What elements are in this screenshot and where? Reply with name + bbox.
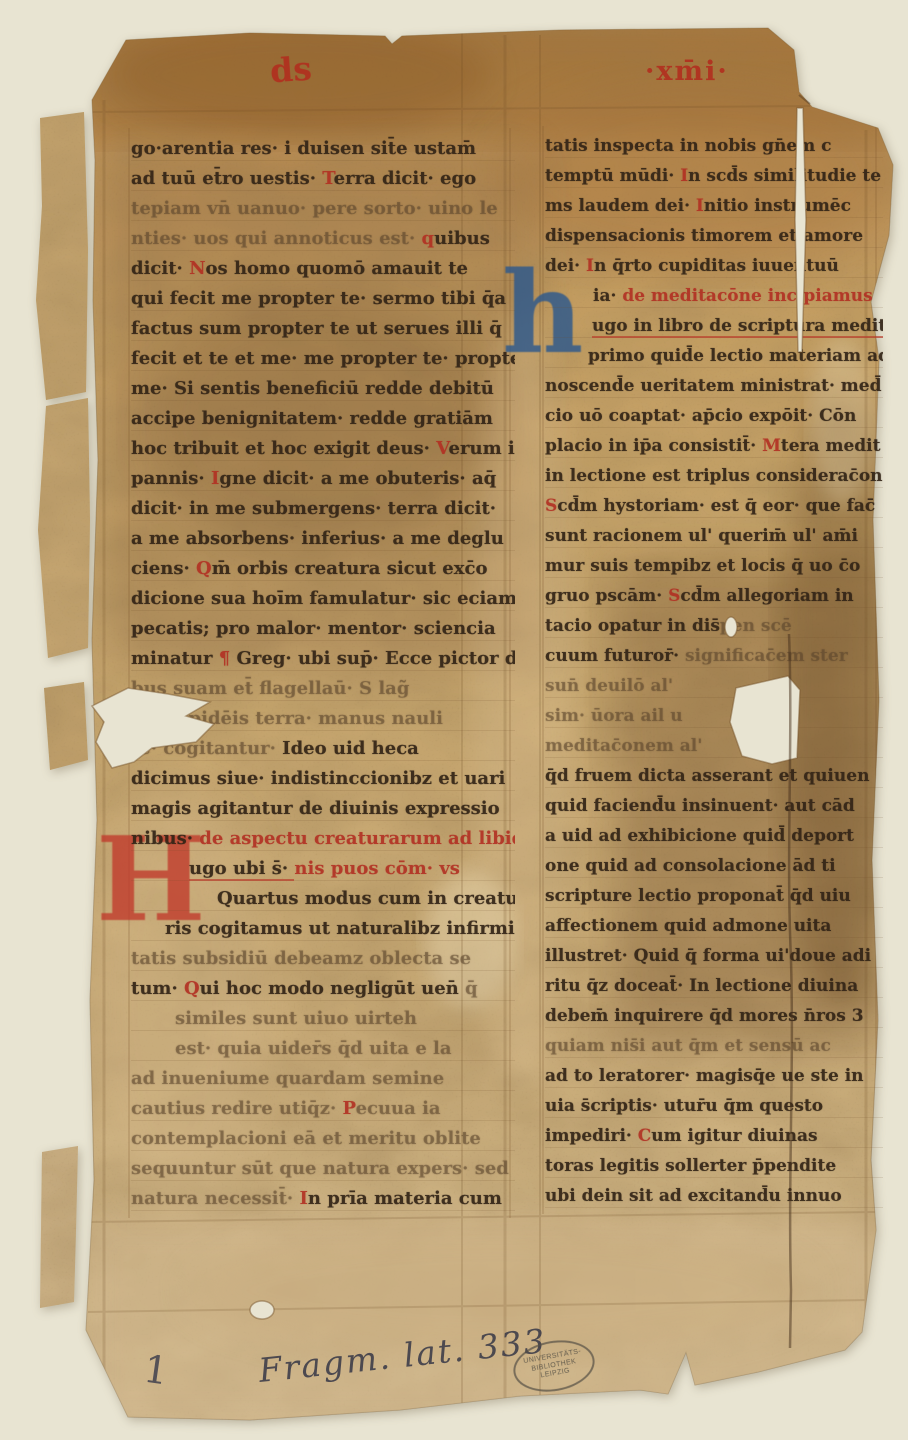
manuscript-line: ubi dein sit ad excitand̄u innuo [545, 1181, 883, 1211]
manuscript-line: dei· In q̄rto cupiditas iuuentuū [545, 251, 883, 281]
manuscript-line: sim· ūora ail u [545, 701, 883, 731]
manuscript-line: nibus· de aspectu creaturarum ad libidi [131, 824, 515, 854]
manuscript-line: dicit· Nos homo quomō amauit te [131, 254, 515, 284]
manuscript-line: tatis subsidiū debeamz oblecta se [131, 944, 515, 974]
manuscript-line: me· Si sentis beneficiū redde debitū [131, 374, 515, 404]
manuscript-line: illustret· Quid q̄ forma ui'doue adi [545, 941, 883, 971]
manuscript-line: uia s̄criptis· utur̄u q̄m questo [545, 1091, 883, 1121]
manuscript-line: tacio opatur in dis̄pen scē [545, 611, 883, 641]
manuscript-line: ad to leratorer· magisq̄e ue ste in [545, 1061, 883, 1091]
manuscript-line: qui fecit me propter te· sermo tibi q̄a [131, 284, 515, 314]
manuscript-line: minatur ¶ Greg· ubi sup̄· Ecce pictor de [131, 644, 515, 674]
manuscript-line: q̄d fruem dicta asserant et quiuen [545, 761, 883, 791]
manuscript-line: pannis· Igne dicit· a me obuteris· aq̄ [131, 464, 515, 494]
manuscript-line: meditac̄onem al' [545, 731, 883, 761]
manuscript-line: temptū mūdi· In scd̄s similitudie te [545, 161, 883, 191]
manuscript-line: bus suam et̄ flagellaū· S lag̃ [131, 674, 515, 704]
folio-number: ·xm̄i· [645, 56, 729, 87]
manuscript-line: dicione sua hoīm famulatur· sic eciam [131, 584, 515, 614]
manuscript-line: ciens· Qm̄ orbis creatura sicut exc̄o [131, 554, 515, 584]
text-column-right: tatis inspecta in nobis gn̄em ctemptū mū… [545, 131, 883, 1213]
manuscript-line: Scd̄m hystoriam· est q̄ eor· que fac̄ [545, 491, 883, 521]
manuscript-line: a uid ad exhibicione quid̄ deport [545, 821, 883, 851]
manuscript-line: ia· de meditacōne incipiamus [545, 281, 883, 311]
manuscript-line: go·arentia res· i duisen sit̄e ustam̄ [131, 134, 515, 164]
text-column-left: go·arentia res· i duisen sit̄e ustam̄ad … [131, 134, 515, 1216]
manuscript-line: quid faciend̄u insinuent· aut cād [545, 791, 883, 821]
manuscript-line: cio uō coaptat· ap̄cio expōit· Cōn [545, 401, 883, 431]
manuscript-line: te· cogitantur· Ideo uid heca [131, 734, 515, 764]
manuscript-line: sequuntur sūt que natura expers· sed [131, 1154, 515, 1184]
manuscript-line: accipe benignitatem· redde gratiām [131, 404, 515, 434]
manuscript-line: tatis inspecta in nobis gn̄em c [545, 131, 883, 161]
manuscript-line: hoc tribuit et hoc exigit deus· Verum in [131, 434, 515, 464]
manuscript-line: similes sunt uiuo uirteh [131, 1004, 515, 1034]
quire-mark: ds [269, 49, 313, 91]
manuscript-line: tum· Qui hoc modo negligūt uen̄ q̄ [131, 974, 515, 1004]
manuscript-line: ritu q̄z doceat̄· In lectione diuina [545, 971, 883, 1001]
manuscript-line: Quartus modus cum in creatu [131, 884, 515, 914]
manuscript-line: ad inueniume quardam semine [131, 1064, 515, 1094]
manuscript-line: nties· uos qui annoticus est· quibus [131, 224, 515, 254]
manuscript-line: est· quia uider̄s q̄d uita e la [131, 1034, 515, 1064]
manuscript-line: ad tuū et̄ro uestis· Terra dicit· ego [131, 164, 515, 194]
manuscript-line: factus sum propter te ut serues illi q̄ [131, 314, 515, 344]
manuscript-line: mur suis tempibz et locis q̄ uo c̄o [545, 551, 883, 581]
manuscript-line: ugo in libro de scriptura meditac̄o [545, 311, 883, 341]
manuscript-line: quiam nis̄i aut q̄m et sensū ac [545, 1031, 883, 1061]
manuscript-line: dicit· in me submergens· terra dicit· [131, 494, 515, 524]
manuscript-line: scripture lectio proponat̄ q̄d uiu [545, 881, 883, 911]
manuscript-line: placio in ip̄a consistit̄· Mtera medit [545, 431, 883, 461]
manuscript-line: contemplacioni eā et meritu oblite [131, 1124, 515, 1154]
manuscript-line: toras legitis sollerter p̄pendite [545, 1151, 883, 1181]
manuscript-line: sun̄ deuilō al' [545, 671, 883, 701]
manuscript-line: fecit et te et me· me propter te· propte… [131, 344, 515, 374]
manuscript-line: one quid ad consolacione ād ti [545, 851, 883, 881]
manuscript-line: magis agitantur de diuinis expressio [131, 794, 515, 824]
manuscript-line: primo quid̄e lectio materiam ad [545, 341, 883, 371]
manuscript-line: sunt racionem ul' querim̄ ul' am̄i [545, 521, 883, 551]
manuscript-line: ugo ubi s̄· nis puos cōm· vs [131, 854, 515, 884]
manuscript-line: debem̄ inquirere q̄d mores n̄ros 3 [545, 1001, 883, 1031]
manuscript-line: a me absorbens· inferius· a me deglu [131, 524, 515, 554]
manuscript-line: impediri· Cum igitur diuinas [545, 1121, 883, 1151]
manuscript-line: natura necessit̄· In prīa materia cum [131, 1184, 515, 1214]
manuscript-photo: ds ·xm̄i· H h go·arentia res· i duisen s… [0, 0, 908, 1440]
manuscript-line: ms laudem dei· Initio instrumēc [545, 191, 883, 221]
manuscript-line: pecatis; pro malor· mentor· sciencia [131, 614, 515, 644]
manuscript-line: cās lapidēis terra· manus nauli [131, 704, 515, 734]
manuscript-line: cautius redire utiq̄z· Pecuua ia [131, 1094, 515, 1124]
manuscript-line: gruo pscām· Scd̄m allegoriam in [545, 581, 883, 611]
manuscript-line: ris cogitamus ut naturalibz infirmi [131, 914, 515, 944]
manuscript-line: tepiam vn̄ uanuo· pere sorto· uino le [131, 194, 515, 224]
manuscript-line: in lectione est triplus considerac̄on [545, 461, 883, 491]
manuscript-line: noscend̄e ueritatem ministrat· med̄ [545, 371, 883, 401]
manuscript-line: dicimus siue· indistinccionibz et uari [131, 764, 515, 794]
manuscript-line: cuum futuror̄· significac̄em ster [545, 641, 883, 671]
manuscript-line: dispensacionis timorem et amore [545, 221, 883, 251]
manuscript-line: affectionem quid admone uita [545, 911, 883, 941]
binding-tabs [36, 112, 90, 1308]
